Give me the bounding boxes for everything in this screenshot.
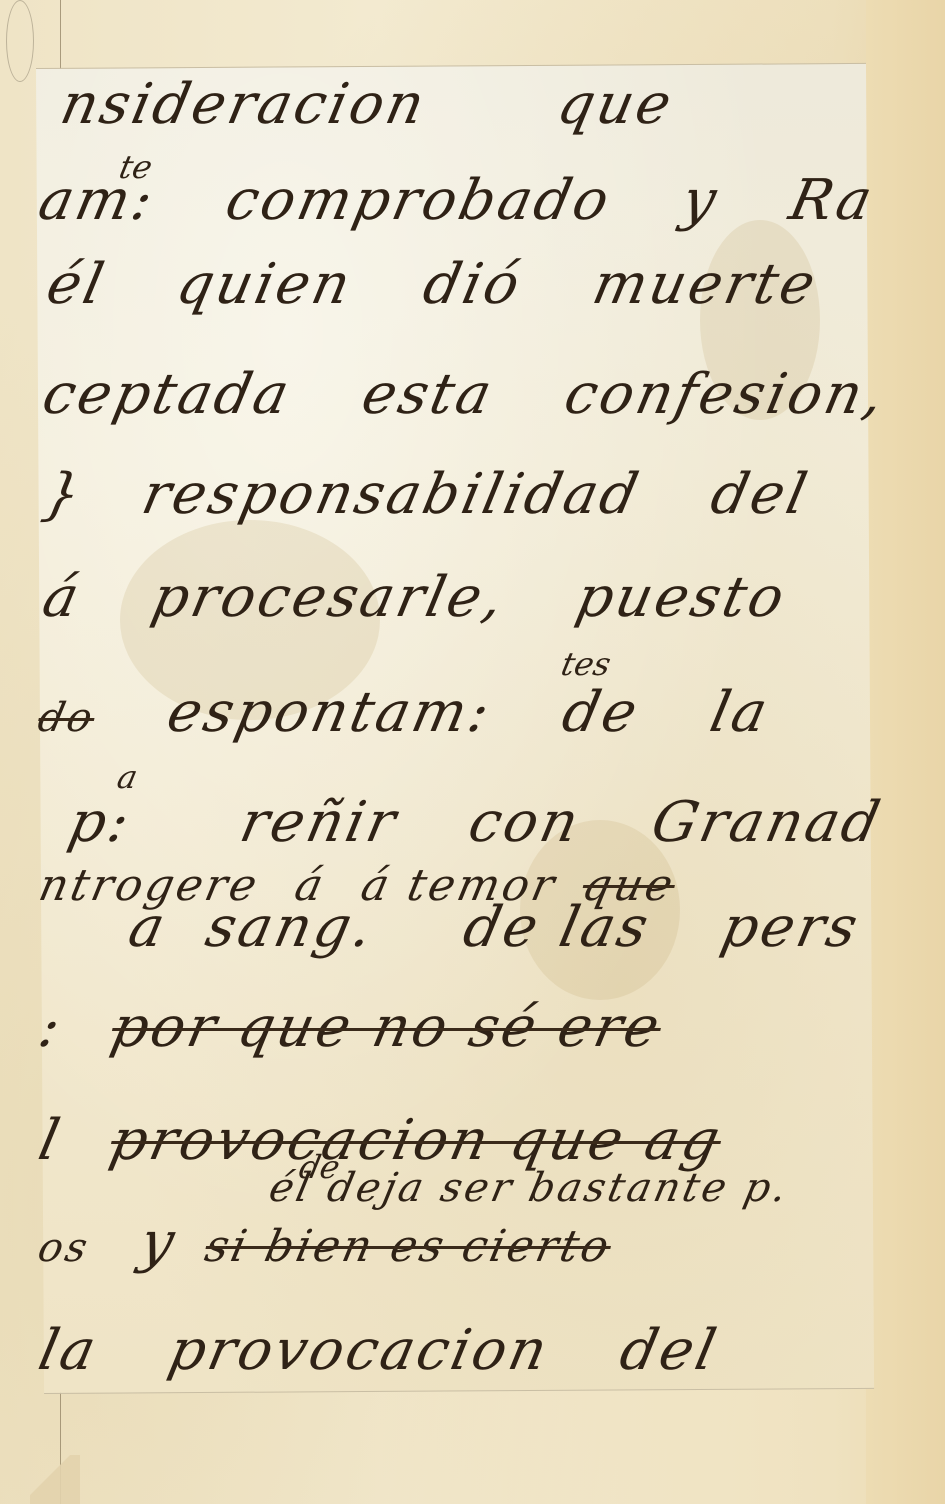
- word: del: [705, 462, 815, 527]
- interlinear-insertion: él deja ser bastante p.: [265, 1165, 794, 1211]
- word: esta: [356, 362, 500, 427]
- word: quien: [171, 252, 359, 317]
- manuscript-line-14: la provocacion del: [33, 1318, 776, 1383]
- word: Ra: [784, 168, 881, 233]
- manuscript-line-3: él quien dió muerte: [41, 252, 876, 317]
- word: dió: [418, 252, 528, 317]
- word: de: [557, 680, 646, 745]
- word: comprobado: [220, 168, 617, 233]
- word: Granad: [646, 790, 888, 855]
- manuscript-line-7: do espontam: de la: [33, 680, 828, 745]
- manuscript-line-5: } responsabilidad del: [37, 462, 867, 527]
- word: sang.: [200, 895, 381, 960]
- word: am:: [33, 168, 161, 233]
- word: y: [135, 1210, 183, 1275]
- manuscript-line-10: a sang. de las pers: [33, 895, 918, 960]
- word: él: [41, 252, 112, 317]
- word: espontam:: [162, 680, 498, 745]
- word: reñir: [235, 790, 404, 855]
- superscript: tes: [558, 645, 614, 683]
- word: de las: [458, 895, 657, 960]
- struck-word: do: [34, 695, 99, 741]
- word: puesto: [571, 565, 793, 630]
- word: provocacion: [163, 1318, 555, 1383]
- word: p:: [63, 790, 138, 855]
- word: responsabilidad: [137, 462, 647, 527]
- word: la: [705, 680, 776, 745]
- manuscript-line-6: á procesarle, puesto: [37, 565, 844, 630]
- word: con: [463, 790, 587, 855]
- word: procesarle,: [146, 565, 511, 630]
- word: que: [552, 72, 680, 137]
- manuscript-line-11: : por que no sé ere: [33, 995, 720, 1060]
- word: confesion,: [559, 362, 892, 427]
- struck-phrase: provocacion que ag: [105, 1108, 728, 1173]
- torn-corner: [30, 1455, 80, 1504]
- word: ceptada: [37, 362, 297, 427]
- manuscript-line-2: am: comprobado y Ra: [33, 168, 932, 233]
- manuscript-line-13: os y si bien es cierto: [33, 1210, 671, 1275]
- word: la: [33, 1318, 104, 1383]
- word: nsideracion: [55, 72, 433, 137]
- word: y: [676, 168, 724, 233]
- manuscript-line-8: p: reñir con Granad: [63, 790, 940, 855]
- struck-phrase: por que no sé ere: [106, 995, 668, 1060]
- manuscript-line-4: ceptada esta confesion,: [37, 362, 944, 427]
- manuscript-line-12: l provocacion que ag: [33, 1108, 780, 1173]
- struck-phrase: si bien es cierto: [201, 1221, 617, 1272]
- inserted-text: él deja ser bastante p.: [265, 1165, 794, 1211]
- manuscript-line-1: nsideracion que: [55, 72, 732, 137]
- pencil-mark: [6, 0, 34, 82]
- word: muerte: [587, 252, 824, 317]
- word: del: [615, 1318, 725, 1383]
- word: pers: [716, 895, 866, 960]
- word: a: [123, 895, 173, 960]
- word: os: [34, 1225, 94, 1271]
